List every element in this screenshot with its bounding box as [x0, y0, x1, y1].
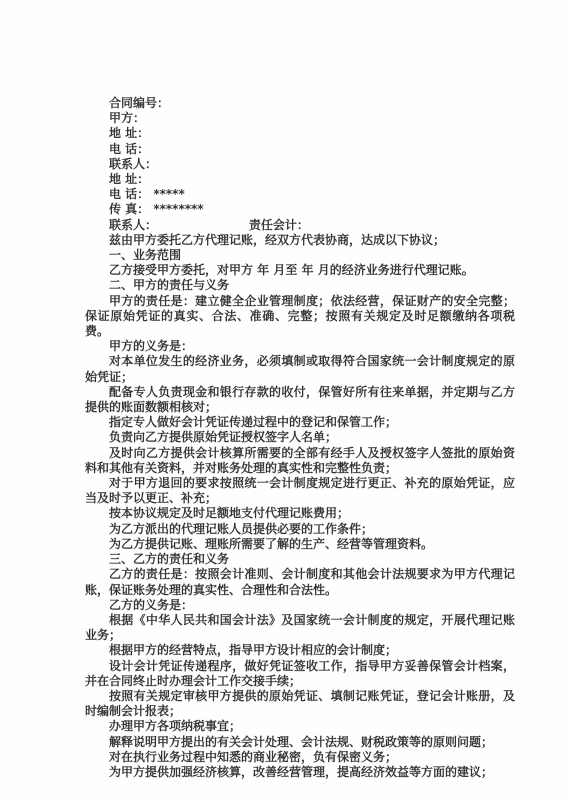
- paragraph-line: 三、乙方的责任和义务: [85, 552, 515, 567]
- paragraph-line: 兹由甲方委托乙方代理记账，经双方代表协商，达成以下协议；: [85, 233, 515, 248]
- document-page: 合同编号：甲方：地 址：电 话：联系人：地 址：电 话： *****传 真： *…: [0, 0, 566, 800]
- paragraph-line: 根据《中华人民共和国会计法》及国家统一会计制度的规定，开展代理记账业务；: [85, 613, 515, 643]
- paragraph-line: 二、甲方的责任与义务: [85, 278, 515, 293]
- paragraph-line: 电 话： *****: [85, 187, 515, 202]
- paragraph-line: 负责向乙方提供原始凭证授权签字人名单；: [85, 430, 515, 445]
- paragraph-line: 按本协议规定及时足额地支付代理记账费用；: [85, 506, 515, 521]
- paragraph-line: 地 址：: [85, 126, 515, 141]
- paragraph-line: 甲方的责任是：建立健全企业管理制度；依法经营，保证财产的安全完整；保证原始凭证的…: [85, 294, 515, 340]
- paragraph-line: 为乙方提供记账、理账所需要了解的生产、经营等管理资料。: [85, 537, 515, 552]
- paragraph-line: 为甲方提供加强经济核算，改善经营管理，提高经济效益等方面的建议；: [85, 765, 515, 780]
- paragraph-line: 对于甲方退回的要求按照统一会计制度规定进行更正、补充的原始凭证，应当及时予以更正…: [85, 476, 515, 506]
- contract-text-body: 合同编号：甲方：地 址：电 话：联系人：地 址：电 话： *****传 真： *…: [85, 96, 515, 780]
- paragraph-line: 甲方的义务是：: [85, 339, 515, 354]
- paragraph-line: 配备专人负责现金和银行存款的收付，保管好所有往来单据，并定期与乙方提供的账面数额…: [85, 385, 515, 415]
- paragraph-line: 联系人：: [85, 157, 515, 172]
- paragraph-line: 对本单位发生的经济业务，必须填制或取得符合国家统一会计制度规定的原始凭证；: [85, 354, 515, 384]
- paragraph-line: 传 真： ********: [85, 202, 515, 217]
- paragraph-line: 甲方：: [85, 111, 515, 126]
- paragraph-line: 办理甲方各项纳税事宜；: [85, 719, 515, 734]
- paragraph-line: 按照有关规定审核甲方提供的原始凭证、填制记账凭证，登记会计账册，及时编制会计报表…: [85, 689, 515, 719]
- paragraph-line: 及时向乙方提供会计核算所需要的全部有经手人及授权签字人签批的原始资料和其他有关资…: [85, 446, 515, 476]
- paragraph-line: 合同编号：: [85, 96, 515, 111]
- paragraph-line: 根据甲方的经营特点，指导甲方设计相应的会计制度；: [85, 643, 515, 658]
- paragraph-line: 联系人： 责任会计：: [85, 218, 515, 233]
- paragraph-line: 一、业务范围: [85, 248, 515, 263]
- paragraph-line: 为乙方派出的代理记账人员提供必要的工作条件；: [85, 522, 515, 537]
- paragraph-line: 乙方的义务是：: [85, 598, 515, 613]
- paragraph-line: 地 址：: [85, 172, 515, 187]
- paragraph-line: 解释说明甲方提出的有关会计处理、会计法规、财税政策等的原则问题；: [85, 735, 515, 750]
- paragraph-line: 设计会计凭证传递程序，做好凭证签收工作，指导甲方妥善保管会计档案，并在合同终止时…: [85, 659, 515, 689]
- paragraph-line: 对在执行业务过程中知悉的商业秘密，负有保密义务；: [85, 750, 515, 765]
- paragraph-line: 乙方接受甲方委托，对甲方 年 月至 年 月的经济业务进行代理记账。: [85, 263, 515, 278]
- paragraph-line: 电 话：: [85, 142, 515, 157]
- paragraph-line: 指定专人做好会计凭证传递过程中的登记和保管工作；: [85, 415, 515, 430]
- paragraph-line: 乙方的责任是：按照会计准则、会计制度和其他会计法规要求为甲方代理记账，保证账务处…: [85, 567, 515, 597]
